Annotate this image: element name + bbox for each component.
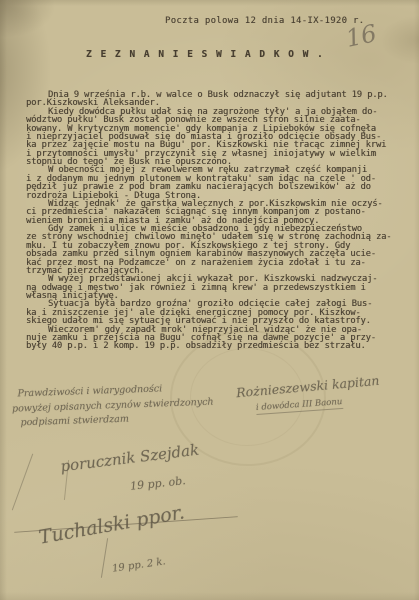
signature-officer-unit: 19 pp. 2 k. (111, 556, 166, 574)
signature-lieutenant-unit: 19 pp. ob. (129, 474, 186, 493)
testimony-body: Dnia 9 września r.b. w walce o Busk odzn… (26, 91, 414, 351)
scanned-document-page: Poczta polowa 12 dnia 14-IX-1920 r. 16 Z… (0, 0, 419, 600)
handwritten-certification-note: Prawdziwości i wiarygodności powyżej opi… (17, 381, 214, 431)
handwritten-page-number: 16 (343, 19, 379, 53)
document-title: Z E Z N A N I E S W I A D K O W . (86, 49, 324, 60)
signature-lieutenant: porucznik Szejdak (59, 441, 200, 476)
pencil-diagonal-stroke (12, 454, 34, 511)
pencil-tail-stroke (101, 538, 108, 578)
field-post-dateline: Poczta polowa 12 dnia 14-IX-1920 r. (165, 16, 364, 26)
